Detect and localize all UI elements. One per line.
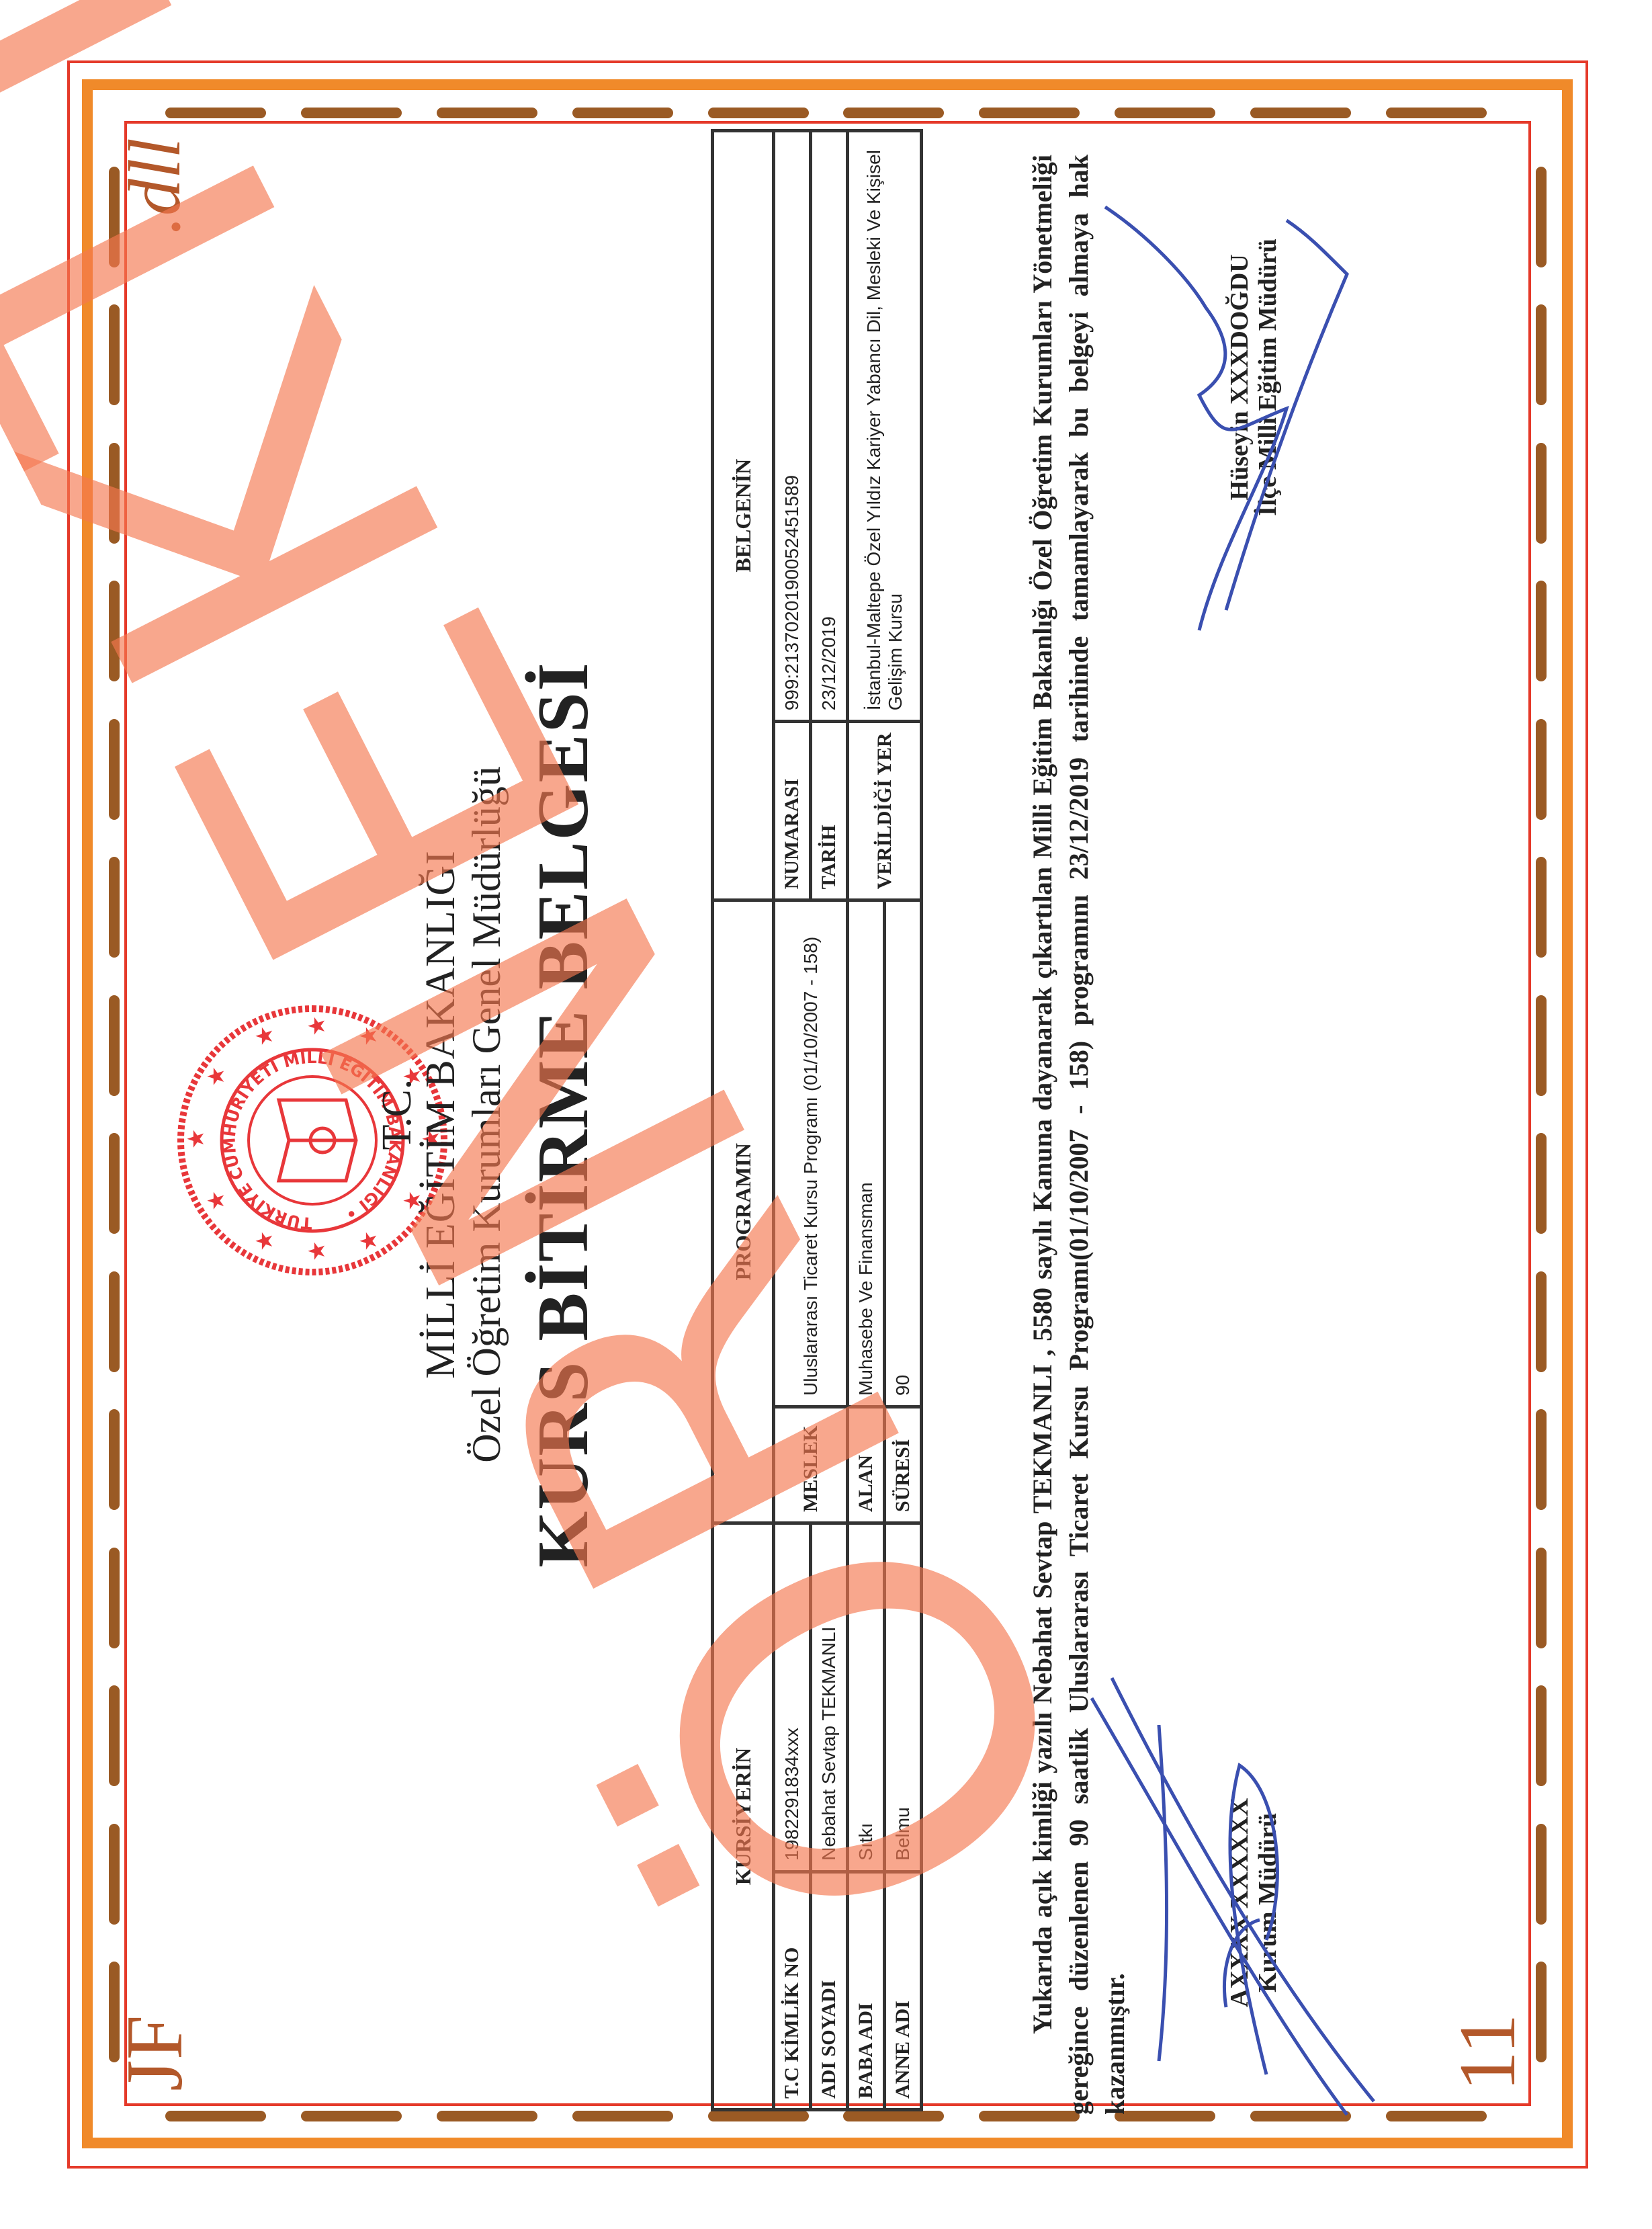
corner-mark-jf: JF (114, 2015, 195, 2091)
alan-label: ALAN (848, 1406, 885, 1523)
certificate-header: T.C. MİLLİ EĞİTİM BAKANLIĞI Özel Öğretim… (376, 0, 605, 2229)
table-row: BABA ADI Sıtkı ALAN Muhasebe Ve Finansma… (848, 131, 885, 2110)
kimlik-label: T.C KİMLİK NO (774, 1871, 811, 2109)
adi-soyadi-value: Nebahat Sevtap TEKMANLI (811, 1523, 848, 1871)
alan-value: Muhasebe Ve Finansman (848, 900, 885, 1407)
svg-text:★: ★ (251, 1231, 278, 1251)
svg-text:★: ★ (251, 1026, 278, 1046)
verildigi-yer-value: İstanbul-Maltepe Özel Yıldız Kariyer Yab… (848, 131, 922, 722)
meslek-label: MESLEK (774, 1406, 848, 1523)
tarih-label: TARİH (811, 722, 848, 900)
anne-adi-label: ANNE ADI (885, 1871, 922, 2109)
corner-mark-dll: .dll (118, 138, 191, 235)
numarasi-value: 999:2137020190052451589 (774, 131, 811, 722)
kimlik-value: 1982291834xxx (774, 1523, 811, 1871)
program-header: PROGRAMIN (713, 900, 774, 1523)
certificate-page: JF 11 .dll TÜRKİYE CUMHURİYETİ MİLLİ EĞİ… (0, 0, 1652, 2229)
verildigi-yer-label: VERİLDİĞİ YER (848, 722, 922, 900)
numarasi-label: NUMARASI (774, 722, 811, 900)
svg-text:★: ★ (183, 1129, 210, 1149)
header-tc: T.C. (376, 0, 418, 2229)
belge-header: BELGENİN (713, 131, 774, 900)
suresi-value: 90 (885, 900, 922, 1407)
corner-mark-11: 11 (1447, 138, 1528, 2091)
signature-name-left: AXXXX XXXXXX (1226, 1798, 1254, 2007)
signature-title-left: Kurum Müdürü (1254, 1798, 1283, 2007)
baba-adi-label: BABA ADI (848, 1871, 885, 2109)
signature-title-right: İlçe Milli Eğitim Müdürü (1254, 239, 1283, 516)
svg-text:★: ★ (304, 1241, 331, 1261)
header-directorate: Özel Öğretim Kurumları Genel Müdürlüğü (464, 0, 510, 2229)
header-ministry: MİLLİ EĞİTİM BAKANLIĞI (418, 0, 464, 2229)
signature-name-right: Hüseyin XXXDOĞDU (1226, 239, 1254, 516)
signature-block-ilce-muduru: Hüseyin XXXDOĞDU İlçe Milli Eğitim Müdür… (1226, 239, 1283, 516)
baba-adi-value: Sıtkı (848, 1523, 885, 1871)
border-ornament-top (101, 148, 128, 2081)
signature-block-kurum-muduru: AXXXX XXXXXX Kurum Müdürü (1226, 1798, 1283, 2007)
anne-adi-value: Belmu (885, 1523, 922, 1871)
table-row: T.C KİMLİK NO 1982291834xxx MESLEK Ulusl… (774, 131, 811, 2110)
svg-text:★: ★ (304, 1016, 331, 1036)
kursiyer-header: KURSİYERİN (713, 1523, 774, 2109)
border-ornament-bottom (1528, 148, 1555, 2081)
meslek-value: Uluslararası Ticaret Kursu Programı (01/… (774, 900, 848, 1407)
document-title: KURS BİTİRME BELGESİ (522, 0, 605, 2229)
suresi-label: SÜRESİ (885, 1406, 922, 1523)
svg-text:★: ★ (203, 1066, 230, 1087)
adi-soyadi-label: ADI SOYADI (811, 1871, 848, 2109)
tarih-value: 23/12/2019 (811, 131, 848, 722)
svg-text:★: ★ (203, 1191, 230, 1211)
border-ornament-right (148, 99, 1504, 126)
certificate-statement: Yukarıda açık kimliği yazılı Nebahat Sev… (1025, 155, 1133, 2115)
certificate-table: KURSİYERİN PROGRAMIN BELGENİN T.C KİMLİK… (711, 129, 923, 2111)
